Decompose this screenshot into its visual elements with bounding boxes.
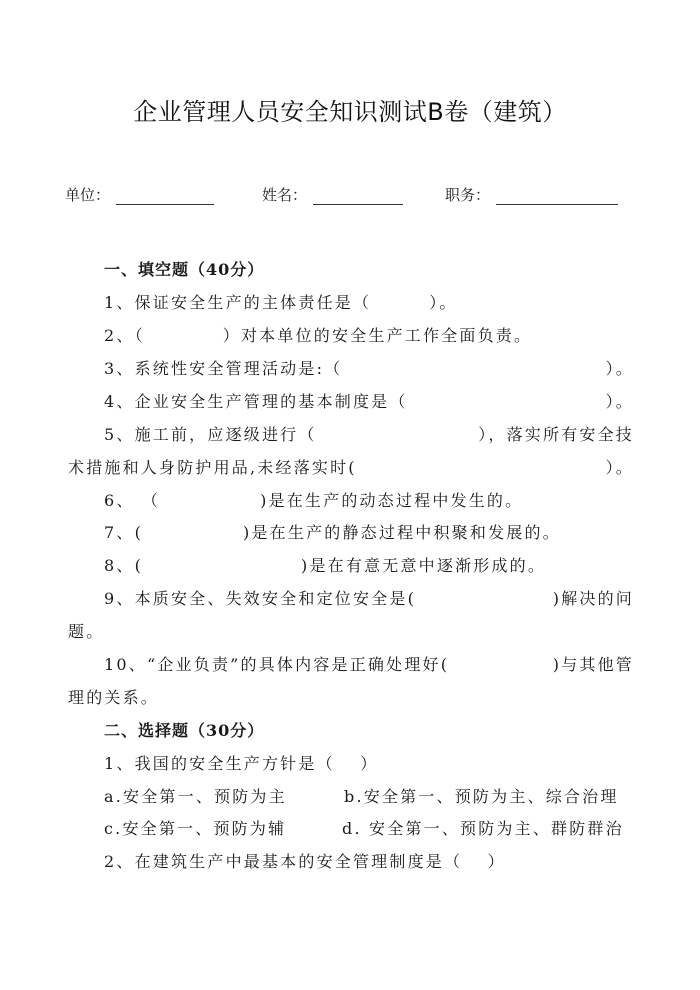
- question-fill-2: 2、（）对本单位的安全生产工作全面负责。: [104, 325, 634, 347]
- question-text: 4、企业安全生产管理的基本制度是（: [104, 391, 408, 413]
- question-fill-5-line2: 术措施和人身防护用品,未经落实时( ）。: [68, 457, 634, 479]
- name-blank-line[interactable]: [313, 186, 403, 205]
- question-fill-7: 7、()是在生产的静态过程中积聚和发展的。: [104, 522, 634, 544]
- question-text: ）对本单位的安全生产工作全面负责。: [223, 326, 532, 345]
- question-fill-1: 1、保证安全生产的主体责任是（）。: [104, 292, 634, 314]
- question-text: 1、保证安全生产的主体责任是（: [104, 293, 371, 312]
- answer-blank[interactable]: [408, 391, 606, 413]
- name-label: 姓名：: [262, 184, 307, 205]
- question-fill-3: 3、系统性安全管理活动是:（ ）。: [104, 358, 634, 380]
- question-fill-10-line1: 10、“企业负责”的具体内容是正确处理好( )与其他管: [104, 654, 634, 676]
- answer-blank[interactable]: [357, 457, 606, 479]
- question-text: ）。: [606, 358, 634, 380]
- question-text: 10、“企业负责”的具体内容是正确处理好(: [104, 654, 449, 676]
- section-heading-fill-in: 一、填空题（40分）: [104, 259, 634, 281]
- question-text: 术措施和人身防护用品,未经落实时(: [68, 457, 357, 479]
- position-label: 职务：: [445, 184, 490, 205]
- question-text: 7、(: [104, 523, 143, 542]
- question-text: 5、施工前，应逐级进行（: [104, 424, 317, 446]
- question-text: )是在有意无意中逐渐形成的。: [301, 556, 546, 575]
- question-text: 6、 （: [104, 491, 160, 510]
- unit-field: 单位：: [65, 184, 214, 205]
- answer-blank[interactable]: [342, 358, 605, 380]
- option-d[interactable]: d. 安全第一、预防为主、群防群治: [342, 818, 624, 840]
- question-fill-6: 6、 （)是在生产的动态过程中发生的。: [104, 490, 634, 512]
- question-text: 2、（: [104, 326, 145, 345]
- answer-blank[interactable]: [317, 424, 479, 446]
- answer-blank[interactable]: [416, 588, 553, 610]
- question-text: )与其他管: [553, 654, 634, 676]
- unit-label: 单位：: [65, 184, 110, 205]
- option-c[interactable]: c.安全第一、预防为辅: [104, 818, 286, 840]
- question-fill-5-line1: 5、施工前，应逐级进行（ ），落实所有安全技: [104, 424, 634, 446]
- question-fill-4: 4、企业安全生产管理的基本制度是（ ）。: [104, 391, 634, 413]
- question-text: 8、(: [104, 556, 143, 575]
- exam-page: 企业管理人员安全知识测试B卷（建筑） 单位： 姓名： 职务： 一、填空题（40分…: [0, 0, 700, 990]
- question-text: 3、系统性安全管理活动是:（: [104, 358, 342, 380]
- question-text: )解决的问: [553, 588, 634, 610]
- examinee-info-row: 单位： 姓名： 职务：: [65, 184, 635, 208]
- question-text: ），落实所有安全技: [478, 424, 634, 446]
- question-fill-10-line2: 理的关系。: [68, 687, 634, 709]
- section-heading-multiple-choice: 二、选择题（30分）: [104, 720, 634, 742]
- question-text: ）。: [606, 391, 634, 413]
- question-choice-2: 2、在建筑生产中最基本的安全管理制度是（ ）: [104, 851, 634, 873]
- answer-blank[interactable]: [449, 654, 553, 676]
- name-field: 姓名：: [262, 184, 403, 205]
- question-text: )是在生产的动态过程中发生的。: [260, 491, 523, 510]
- page-title: 企业管理人员安全知识测试B卷（建筑）: [0, 92, 700, 127]
- question-fill-9-line2: 题。: [68, 621, 634, 643]
- question-text: ）。: [606, 457, 634, 479]
- position-field: 职务：: [445, 184, 618, 205]
- question-text: )是在生产的静态过程中积聚和发展的。: [243, 523, 561, 542]
- question-fill-9-line1: 9、本质安全、失效安全和定位安全是( )解决的问: [104, 588, 634, 610]
- question-text: 9、本质安全、失效安全和定位安全是(: [104, 588, 416, 610]
- option-b[interactable]: b.安全第一、预防为主、综合治理: [344, 786, 619, 808]
- question-text: ）。: [429, 293, 457, 312]
- position-blank-line[interactable]: [496, 186, 618, 205]
- question-fill-8: 8、()是在有意无意中逐渐形成的。: [104, 555, 634, 577]
- question-choice-1: 1、我国的安全生产方针是（ ）: [104, 753, 634, 775]
- unit-blank-line[interactable]: [116, 186, 214, 205]
- option-a[interactable]: a.安全第一、预防为主: [104, 786, 287, 808]
